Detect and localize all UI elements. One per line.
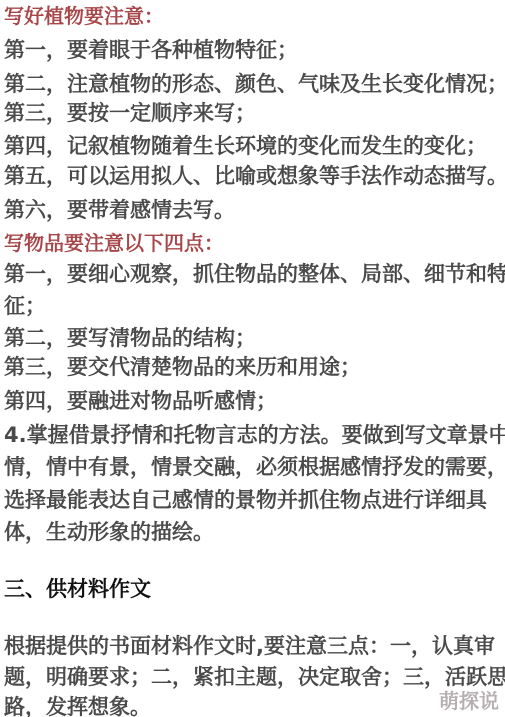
- plants-item-3: 第三，要按一定顺序来写；: [4, 100, 256, 126]
- plants-item-6: 第六，要带着感情去写。: [4, 197, 235, 223]
- objects-heading: 写物品要注意以下四点：: [4, 230, 224, 256]
- objects-item-3: 第三，要交代清楚物品的来历和用途；: [4, 354, 361, 380]
- plants-item-1: 第一，要着眼于各种植物特征；: [4, 37, 298, 63]
- section3-line-1: 根据提供的书面材料作文时,要注意三点：一，认真审: [4, 633, 495, 659]
- plants-heading: 写好植物要注意：: [4, 3, 164, 29]
- plants-item-2: 第二，注意植物的形态、颜色、气味及生长变化情况；: [4, 71, 505, 97]
- objects-item-1-cont: 征；: [4, 293, 46, 319]
- point4-line-2: 情，情中有景，情景交融，必须根据感情抒发的需要，: [4, 454, 505, 480]
- document-page: 写好植物要注意： 第一，要着眼于各种植物特征； 第二，注意植物的形态、颜色、气味…: [0, 0, 505, 717]
- objects-item-2: 第二，要写清物品的结构；: [4, 325, 256, 351]
- objects-item-4: 第四，要融进对物品听感情；: [4, 388, 277, 414]
- section3-heading: 三、供材料作文: [4, 576, 151, 602]
- point4-line-1: 4.掌握借景抒情和托物言志的方法。要做到写文章景中含: [4, 422, 505, 448]
- point4-line-4: 体，生动形象的描绘。: [4, 519, 214, 545]
- section3-line-2: 题，明确要求；二，紧扣主题，决定取舍；三，活跃思: [4, 664, 505, 690]
- watermark: 萌探说: [439, 689, 499, 713]
- objects-item-1: 第一，要细心观察，抓住物品的整体、局部、细节和特: [4, 261, 505, 287]
- plants-item-4: 第四，记叙植物随着生长环境的变化而发生的变化；: [4, 133, 487, 159]
- point4-line-3: 选择最能表达自己感情的景物并抓住物点进行详细具: [4, 487, 487, 513]
- plants-item-5: 第五，可以运用拟人、比喻或想象等手法作动态描写。: [4, 163, 505, 189]
- section3-line-3: 路，发挥想象。: [4, 694, 151, 717]
